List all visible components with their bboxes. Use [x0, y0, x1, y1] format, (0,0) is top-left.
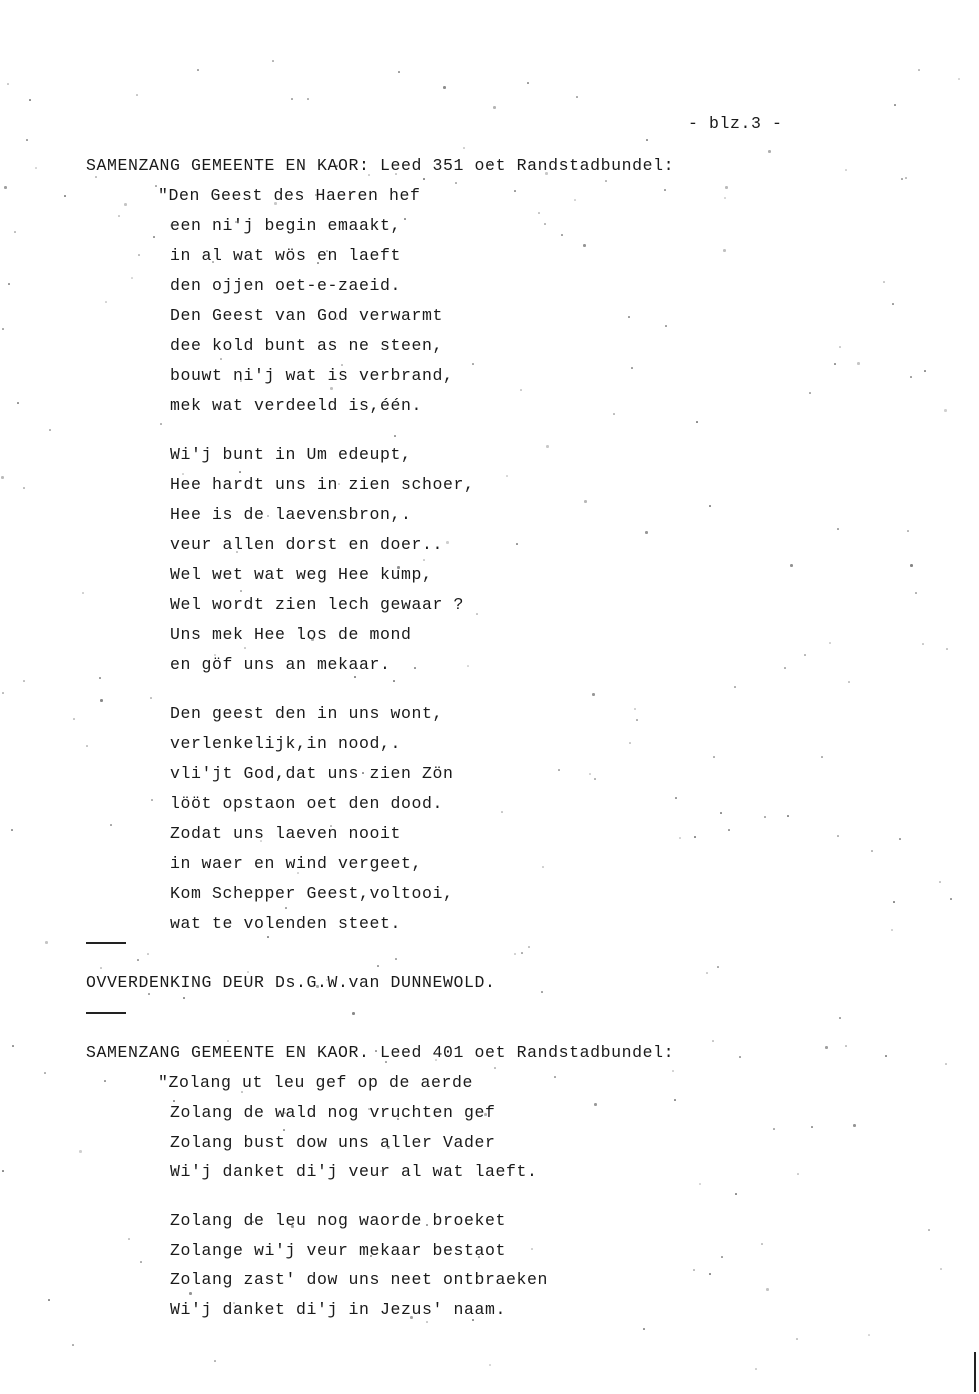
verse-line: in al wat wös en laeft — [170, 246, 401, 266]
document-page: - blz.3 - SAMENZANG GEMEENTE EN KAOR: Le… — [0, 0, 979, 1394]
verse-line: bouwt ni'j wat is verbrand, — [170, 366, 454, 386]
verse-line: Zolang de wald nog vruchten gef — [170, 1103, 496, 1123]
verse-line: Zolange wi'j veur mekaar bestaot — [170, 1241, 506, 1261]
verse-line: Hee is de laevensbron,. — [170, 505, 412, 525]
verse-line: Zolang bust dow uns aller Vader — [170, 1133, 496, 1153]
verse-line: Kom Schepper Geest,voltooi, — [170, 884, 454, 904]
verse-line: een ni'j begin emaakt, — [170, 216, 401, 236]
separator-dashes — [86, 942, 126, 944]
verse-line: mek wat verdeeld is,één. — [170, 396, 422, 416]
verse-line: Den Geest van God verwarmt — [170, 306, 443, 326]
verse-line: Wi'j danket di'j in Jezus' naam. — [170, 1300, 506, 1320]
verse-line: vli'jt God,dat uns zien Zön — [170, 764, 454, 784]
page-number: - blz.3 - — [688, 114, 783, 134]
verse-line: "Den Geest des Haeren hef — [158, 186, 421, 206]
verse-line: Zolang zast' dow uns neet ontbraeken — [170, 1270, 548, 1290]
section-heading-sermon: OVVERDENKING DEUR Ds.G.W.van DUNNEWOLD. — [86, 973, 496, 993]
verse-line: lööt opstaon oet den dood. — [170, 794, 443, 814]
verse-line: Wel wordt zien lech gewaar ? — [170, 595, 464, 615]
verse-line: en göf uns an mekaar. — [170, 655, 391, 675]
verse-line: Uns mek Hee los de mond — [170, 625, 412, 645]
separator-dashes — [86, 1012, 126, 1014]
verse-line: den ojjen oet-e-zaeid. — [170, 276, 401, 296]
verse-line: verlenkelijk,in nood,. — [170, 734, 401, 754]
verse-line: Wi'j bunt in Um edeupt, — [170, 445, 412, 465]
scan-edge-mark — [974, 1352, 976, 1392]
verse-line: veur allen dorst en doer.. — [170, 535, 443, 555]
section-heading-hymn-351: SAMENZANG GEMEENTE EN KAOR: Leed 351 oet… — [86, 156, 674, 176]
verse-line: Zolang de leu nog waorde broeket — [170, 1211, 506, 1231]
verse-line: "Zolang ut leu gef op de aerde — [158, 1073, 473, 1093]
verse-line: Wel wet wat weg Hee kump, — [170, 565, 433, 585]
verse-line: dee kold bunt as ne steen, — [170, 336, 443, 356]
verse-line: Den geest den in uns wont, — [170, 704, 443, 724]
verse-line: wat te volenden steet. — [170, 914, 401, 934]
verse-line: Hee hardt uns in zien schoer, — [170, 475, 475, 495]
section-heading-hymn-401: SAMENZANG GEMEENTE EN KAOR. Leed 401 oet… — [86, 1043, 674, 1063]
verse-line: in waer en wind vergeet, — [170, 854, 422, 874]
verse-line: Zodat uns laeven nooit — [170, 824, 401, 844]
verse-line: Wi'j danket di'j veur al wat laeft. — [170, 1162, 538, 1182]
